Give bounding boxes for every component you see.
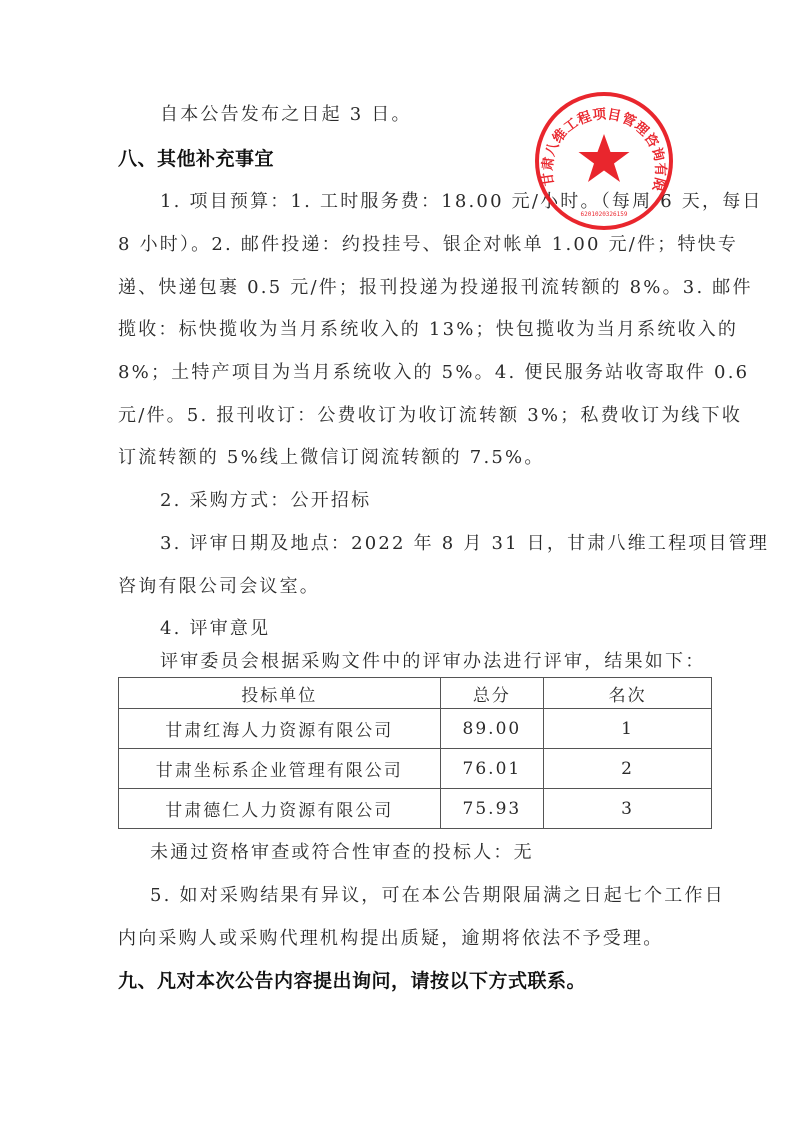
table-header-row: 投标单位 总分 名次 — [119, 678, 712, 709]
cell-score: 75.93 — [440, 789, 544, 829]
paragraph-line: 订流转额的 5%线上微信订阅流转额的 7.5%。 — [118, 447, 545, 469]
paragraph-line: 自本公告发布之日起 3 日。 — [160, 104, 412, 126]
paragraph-line: 咨询有限公司会议室。 — [118, 576, 320, 598]
paragraph-line: 内向采购人或采购代理机构提出质疑，逾期将依法不予受理。 — [118, 928, 663, 950]
table-row: 甘肃红海人力资源有限公司 89.00 1 — [119, 709, 712, 749]
cell-bidder: 甘肃德仁人力资源有限公司 — [119, 789, 441, 829]
paragraph-line: 未通过资格审查或符合性审查的投标人：无 — [150, 842, 534, 864]
seal-text: 甘肃八维工程项目管理咨询有限公司 — [533, 90, 669, 194]
table-row: 甘肃坐标系企业管理有限公司 76.01 2 — [119, 749, 712, 789]
column-header-bidder: 投标单位 — [119, 678, 441, 709]
paragraph-line: 3. 评审日期及地点：2022 年 8 月 31 日，甘肃八维工程项目管理 — [160, 533, 712, 555]
paragraph-line: 揽收：标快揽收为当月系统收入的 13%；快包揽收为当月系统收入的 — [118, 319, 712, 341]
cell-bidder: 甘肃红海人力资源有限公司 — [119, 709, 441, 749]
cell-rank: 2 — [544, 749, 712, 789]
cell-bidder: 甘肃坐标系企业管理有限公司 — [119, 749, 441, 789]
svg-text:甘肃八维工程项目管理咨询有限公司: 甘肃八维工程项目管理咨询有限公司 — [533, 90, 669, 194]
column-header-score: 总分 — [440, 678, 544, 709]
paragraph-line: 2. 采购方式：公开招标 — [160, 490, 371, 512]
cell-rank: 3 — [544, 789, 712, 829]
column-header-rank: 名次 — [544, 678, 712, 709]
cell-score: 89.00 — [440, 709, 544, 749]
evaluation-results-table: 投标单位 总分 名次 甘肃红海人力资源有限公司 89.00 1 甘肃坐标系企业管… — [118, 677, 712, 829]
star-icon — [579, 134, 630, 182]
paragraph-line: 8 小时）。2. 邮件投递：约投挂号、银企对帐单 1.00 元/件；特快专 — [118, 234, 712, 256]
document-page: 自本公告发布之日起 3 日。 八、其他补充事宜 1. 项目预算：1. 工时服务费… — [0, 0, 793, 1122]
paragraph-line: 评审委员会根据采购文件中的评审办法进行评审，结果如下： — [160, 651, 705, 673]
cell-score: 76.01 — [440, 749, 544, 789]
cell-rank: 1 — [544, 709, 712, 749]
table-row: 甘肃德仁人力资源有限公司 75.93 3 — [119, 789, 712, 829]
paragraph-line: 8%；土特产项目为当月系统收入的 5%。4. 便民服务站收寄取件 0.6 — [118, 362, 712, 384]
paragraph-line: 元/件。5. 报刊收订：公费收订为收订流转额 3%；私费收订为线下收 — [118, 405, 712, 427]
paragraph-line: 1. 项目预算：1. 工时服务费：18.00 元/小时。（每周 6 天，每日 — [160, 191, 712, 213]
paragraph-line: 4. 评审意见 — [160, 618, 270, 640]
section-heading-9: 九、凡对本次公告内容提出询问，请按以下方式联系。 — [118, 969, 586, 993]
section-heading-8: 八、其他补充事宜 — [118, 147, 274, 171]
paragraph-line: 递、快递包裹 0.5 元/件；报刊投递为投递报刊流转额的 8%。3. 邮件 — [118, 277, 712, 299]
paragraph-line: 5. 如对采购结果有异议，可在本公告期限届满之日起七个工作日 — [150, 885, 712, 907]
